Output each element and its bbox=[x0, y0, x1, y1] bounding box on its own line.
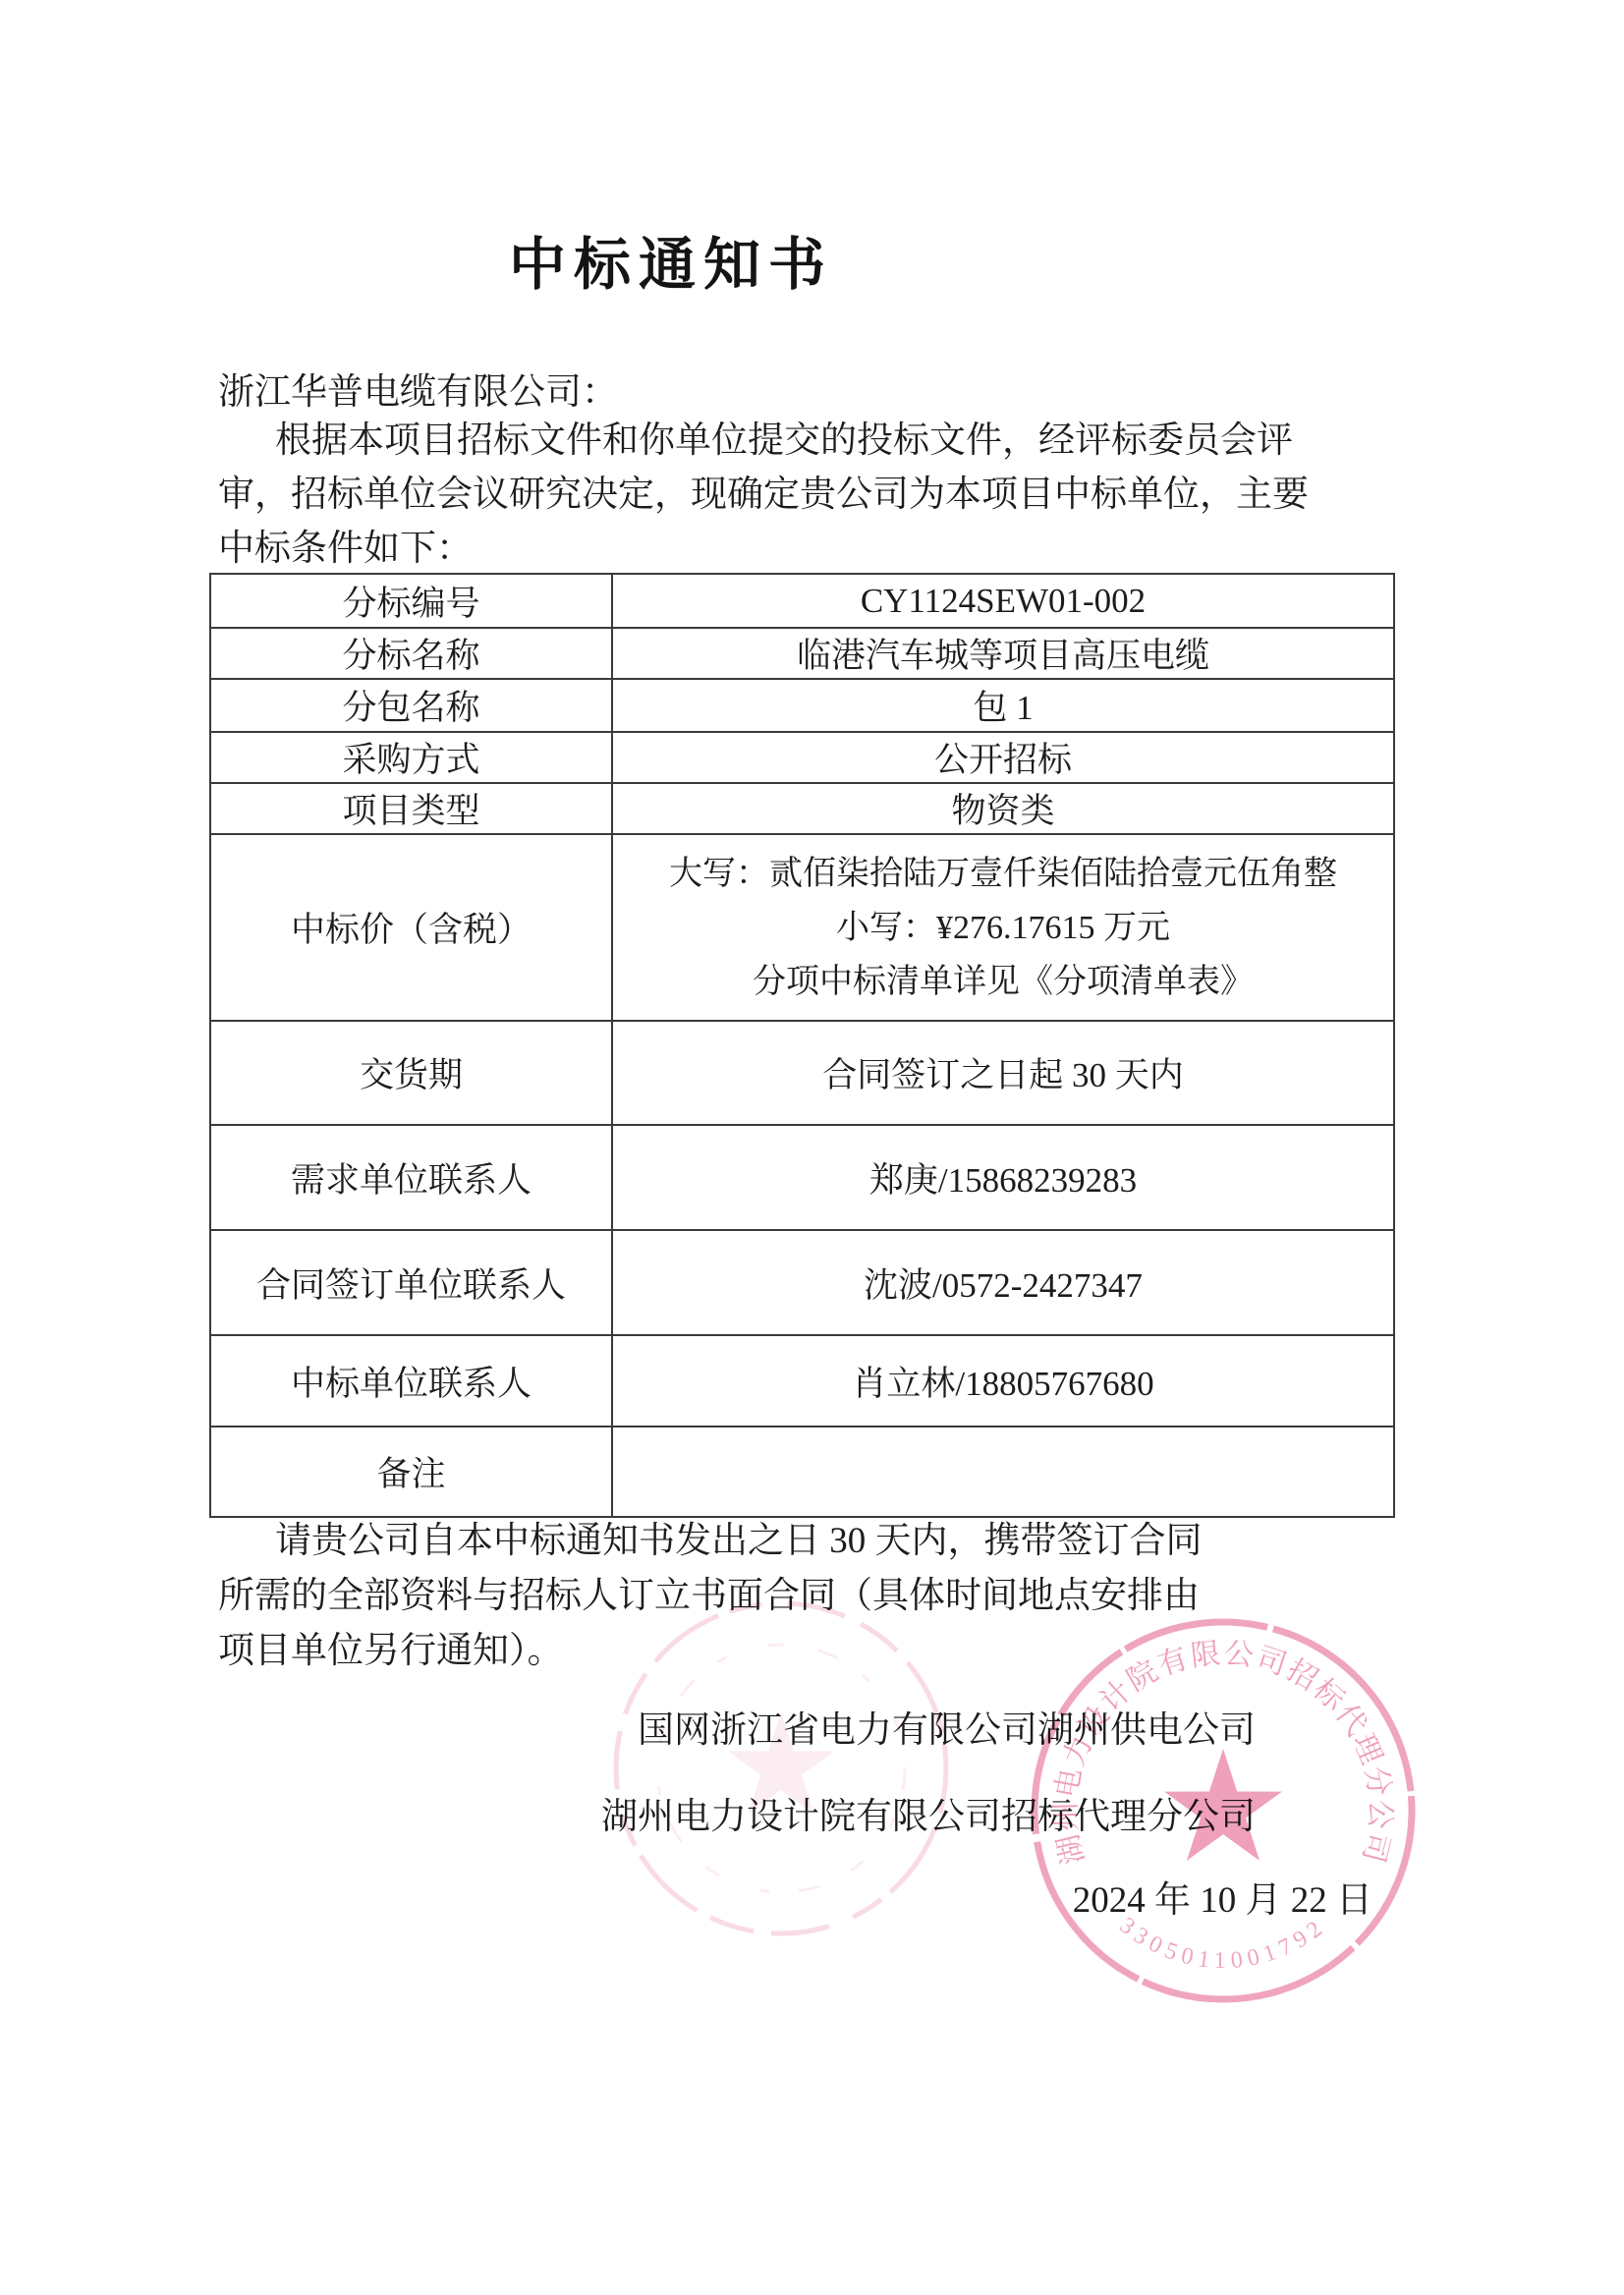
table-row: 项目类型 物资类 bbox=[210, 783, 1394, 834]
table-row-price: 中标价（含税） 大写：贰佰柒拾陆万壹仟柒佰陆拾壹元伍角整 小写：¥276.176… bbox=[210, 834, 1394, 1021]
intro-line: 中标条件如下： bbox=[218, 529, 473, 570]
row-label: 中标单位联系人 bbox=[210, 1335, 612, 1427]
table-row: 中标单位联系人 肖立林/18805767680 bbox=[210, 1335, 1394, 1427]
row-label: 备注 bbox=[210, 1427, 612, 1517]
row-label: 交货期 bbox=[210, 1021, 612, 1125]
signature-company-2: 湖州电力设计院有限公司招标代理分公司 bbox=[218, 1786, 1256, 1839]
intro-line: 审，招标单位会议研究决定，现确定贵公司为本项目中标单位，主要 bbox=[218, 475, 1309, 516]
signature-company-1: 国网浙江省电力有限公司湖州供电公司 bbox=[218, 1700, 1256, 1753]
scanned-award-notice-page: 中标通知书 浙江华普电缆有限公司： 根据本项目招标文件和你单位提交的投标文件，经… bbox=[0, 0, 1624, 2295]
row-value: 公开招标 bbox=[612, 732, 1394, 783]
closing-line: 所需的全部资料与招标人订立书面合同（具体时间地点安排由 bbox=[218, 1576, 1200, 1617]
closing-line: 项目单位另行通知）。 bbox=[218, 1631, 564, 1672]
row-label: 合同签订单位联系人 bbox=[210, 1230, 612, 1335]
price-uppercase: 大写：贰佰柒拾陆万壹仟柒佰陆拾壹元伍角整 bbox=[619, 847, 1387, 901]
row-value: 郑庚/15868239283 bbox=[612, 1125, 1394, 1230]
price-numeric: 小写：¥276.17615 万元 bbox=[619, 901, 1387, 955]
row-label: 需求单位联系人 bbox=[210, 1125, 612, 1230]
table-row: 合同签订单位联系人 沈波/0572-2427347 bbox=[210, 1230, 1394, 1335]
row-value: 物资类 bbox=[612, 783, 1394, 834]
closing-line: 请贵公司自本中标通知书发出之日 30 天内，携带签订合同 bbox=[218, 1521, 1203, 1562]
issue-date: 2024 年 10 月 22 日 bbox=[218, 1870, 1372, 1923]
row-value: 包 1 bbox=[612, 679, 1394, 732]
table-row: 分标编号 CY1124SEW01-002 bbox=[210, 574, 1394, 628]
row-label: 项目类型 bbox=[210, 783, 612, 834]
table-row: 备注 bbox=[210, 1427, 1394, 1517]
price-detail-note: 分项中标清单详见《分项清单表》 bbox=[619, 955, 1387, 1009]
table-row: 分标名称 临港汽车城等项目高压电缆 bbox=[210, 628, 1394, 679]
row-label: 中标价（含税） bbox=[210, 834, 612, 1021]
row-label: 分包名称 bbox=[210, 679, 612, 732]
row-value bbox=[612, 1427, 1394, 1517]
table-row: 交货期 合同签订之日起 30 天内 bbox=[210, 1021, 1394, 1125]
row-label: 分标名称 bbox=[210, 628, 612, 679]
row-value: 大写：贰佰柒拾陆万壹仟柒佰陆拾壹元伍角整 小写：¥276.17615 万元 分项… bbox=[612, 834, 1394, 1021]
row-value: 临港汽车城等项目高压电缆 bbox=[612, 628, 1394, 679]
row-label: 采购方式 bbox=[210, 732, 612, 783]
recipient-line: 浙江华普电缆有限公司： bbox=[218, 362, 618, 415]
table-row: 需求单位联系人 郑庚/15868239283 bbox=[210, 1125, 1394, 1230]
row-value: CY1124SEW01-002 bbox=[612, 574, 1394, 628]
award-conditions-table: 分标编号 CY1124SEW01-002 分标名称 临港汽车城等项目高压电缆 分… bbox=[209, 573, 1395, 1518]
row-value: 肖立林/18805767680 bbox=[612, 1335, 1394, 1427]
intro-line: 根据本项目招标文件和你单位提交的投标文件，经评标委员会评 bbox=[218, 420, 1293, 462]
row-value: 沈波/0572-2427347 bbox=[612, 1230, 1394, 1335]
row-label: 分标编号 bbox=[210, 574, 612, 628]
table-row: 采购方式 公开招标 bbox=[210, 732, 1394, 783]
row-value: 合同签订之日起 30 天内 bbox=[612, 1021, 1394, 1125]
page-title: 中标通知书 bbox=[209, 218, 1133, 301]
table-row: 分包名称 包 1 bbox=[210, 679, 1394, 732]
